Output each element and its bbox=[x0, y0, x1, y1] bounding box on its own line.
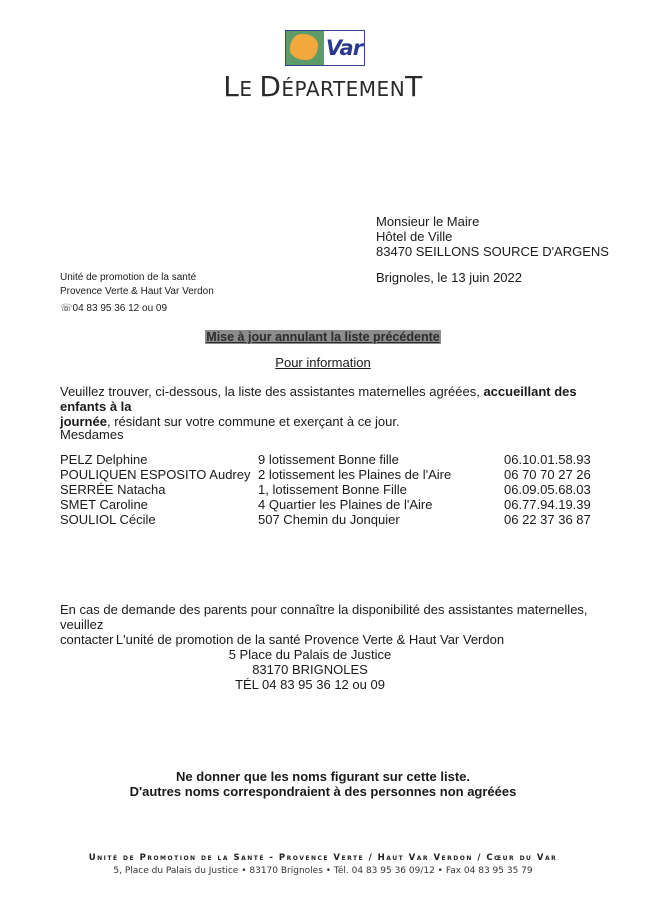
telephone-icon: ☏ bbox=[60, 303, 73, 314]
sender-phone: ☏04 83 95 36 12 ou 09 bbox=[60, 302, 214, 316]
warning-notice: Ne donner que les noms figurant sur cett… bbox=[0, 769, 646, 799]
var-logo: Var bbox=[285, 30, 365, 66]
subject: Pour information bbox=[0, 355, 646, 370]
list-item: PELZ Delphine9 lotissement Bonne fille06… bbox=[60, 452, 591, 467]
sender-line-2: Provence Verte & Haut Var Verdon bbox=[60, 285, 214, 299]
list-item: SOULIOL Cécile507 Chemin du Jonquier06 2… bbox=[60, 512, 591, 527]
update-notice: Mise à jour annulant la liste précédente bbox=[205, 330, 440, 344]
sender-line-1: Unité de promotion de la santé bbox=[60, 271, 214, 285]
update-notice-wrap: Mise à jour annulant la liste précédente bbox=[0, 330, 646, 344]
recipient-line-2: Hôtel de Ville bbox=[376, 229, 609, 244]
logo-text: Var bbox=[324, 31, 364, 65]
logo-map-icon bbox=[286, 31, 324, 65]
list-item: SERRÉE Natacha1, lotissement Bonne Fille… bbox=[60, 482, 591, 497]
assistants-list: PELZ Delphine9 lotissement Bonne fille06… bbox=[60, 452, 591, 527]
department-title: LE DÉPARTEMENT bbox=[0, 70, 646, 103]
footer-organization: Unité de Promotion de la Santé - Provenc… bbox=[0, 853, 646, 863]
contact-address: L'unité de promotion de la santé Provenc… bbox=[60, 632, 560, 692]
intro-paragraph: Veuillez trouver, ci-dessous, la liste d… bbox=[60, 384, 620, 429]
date-line: Brignoles, le 13 juin 2022 bbox=[376, 270, 522, 285]
list-item: POULIQUEN ESPOSITO Audrey2 lotissement l… bbox=[60, 467, 591, 482]
list-item: SMET Caroline4 Quartier les Plaines de l… bbox=[60, 497, 591, 512]
salutation: Mesdames bbox=[60, 427, 124, 442]
recipient-address: Monsieur le Maire Hôtel de Ville 83470 S… bbox=[376, 214, 609, 259]
footer-address: 5, Place du Palais du Justice • 83170 Br… bbox=[0, 866, 646, 876]
sender-block: Unité de promotion de la santé Provence … bbox=[60, 271, 214, 316]
recipient-line-3: 83470 SEILLONS SOURCE D'ARGENS bbox=[376, 244, 609, 259]
recipient-line-1: Monsieur le Maire bbox=[376, 214, 609, 229]
